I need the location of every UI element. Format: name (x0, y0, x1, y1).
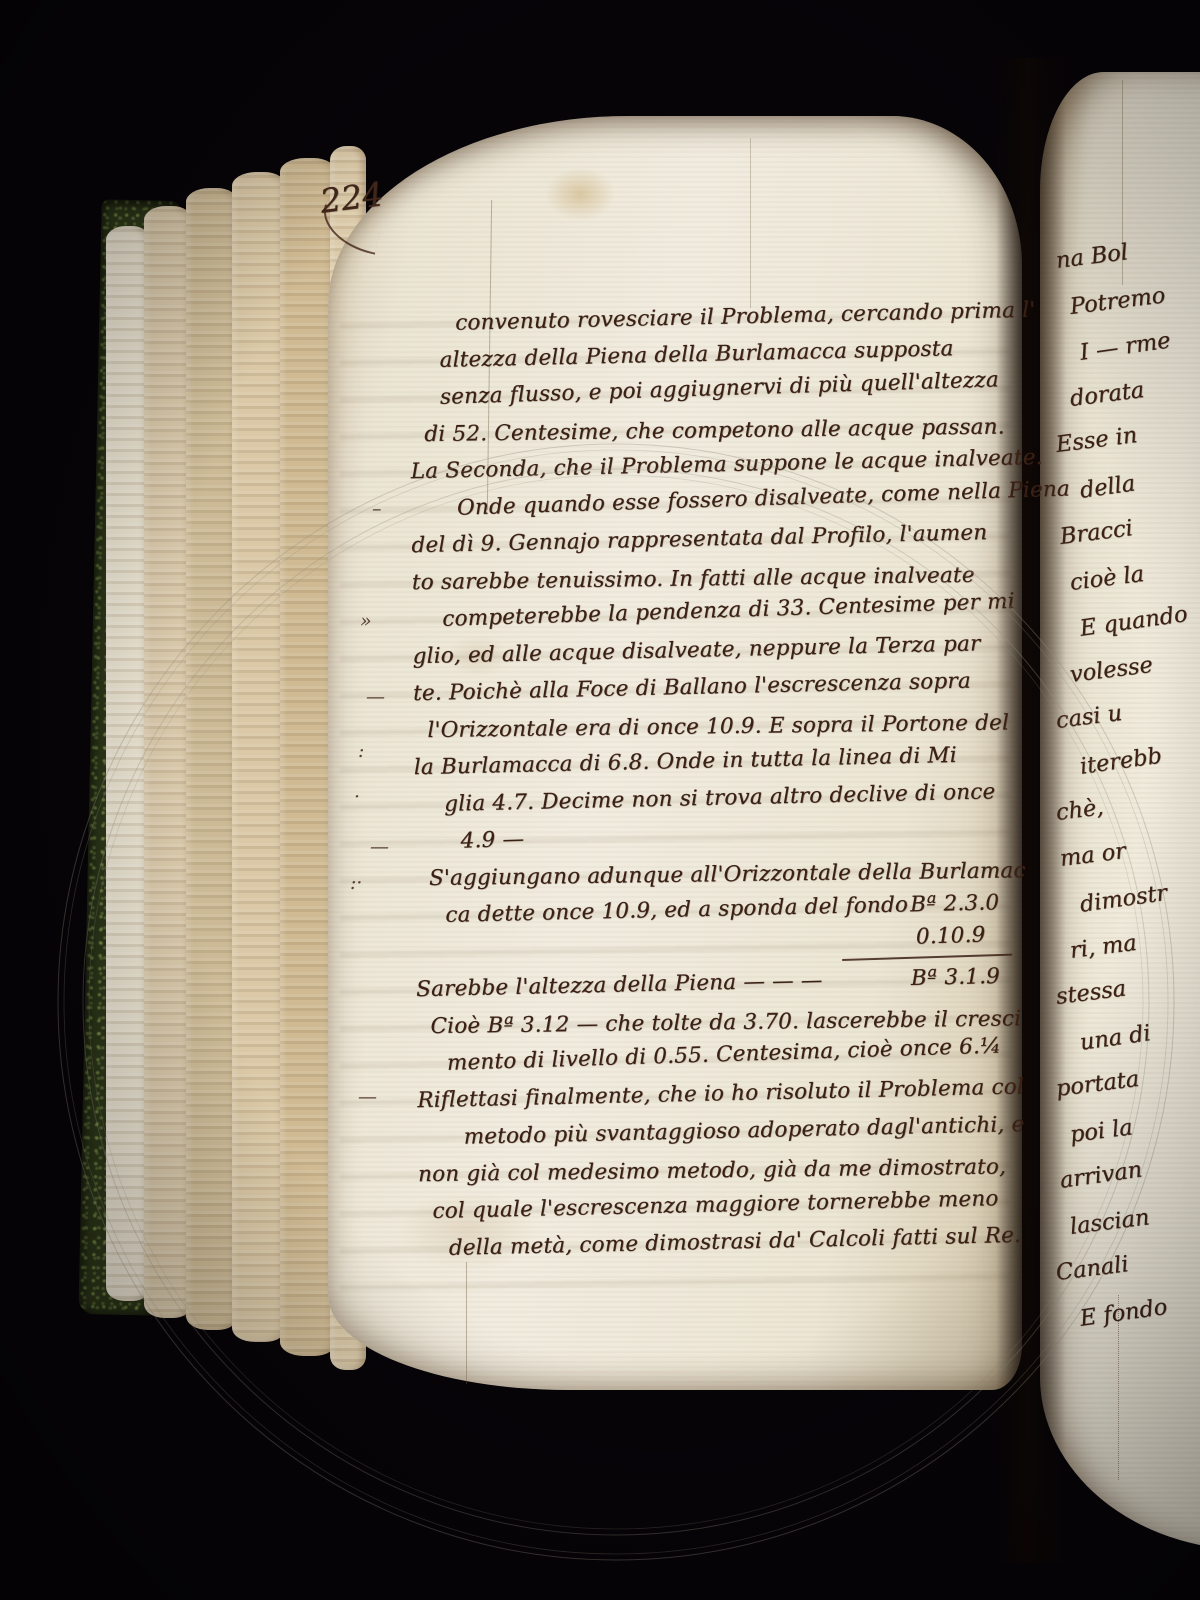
margin-ink-mark: · (354, 786, 360, 808)
right-page-text-block: na Bol Potremo I — rme dorata Esse in de… (1056, 238, 1200, 1342)
margin-ink-mark: – (372, 498, 382, 520)
margin-ink-mark: — (366, 686, 385, 708)
manuscript-text-block: convenuto rovesciare il Problema, cercan… (419, 299, 1017, 1267)
page-edge-strip (232, 172, 286, 1342)
margin-ink-mark: : (358, 740, 364, 762)
page-crease (466, 1262, 467, 1384)
ledger-amount: Bª 3.1.9 (910, 958, 1000, 997)
page-number: 224 (318, 174, 385, 220)
margin-ink-mark: :· (350, 872, 362, 894)
margin-ink-mark: » (360, 610, 372, 632)
manuscript-photo: 224 convenuto rovesciare il Problema, ce… (0, 0, 1200, 1600)
margin-ink-mark: — (370, 836, 389, 858)
page-edge-strip (144, 206, 192, 1318)
page-edge-strip (186, 188, 238, 1330)
margin-ink-mark: — (358, 1086, 377, 1108)
page-crease (750, 138, 751, 308)
